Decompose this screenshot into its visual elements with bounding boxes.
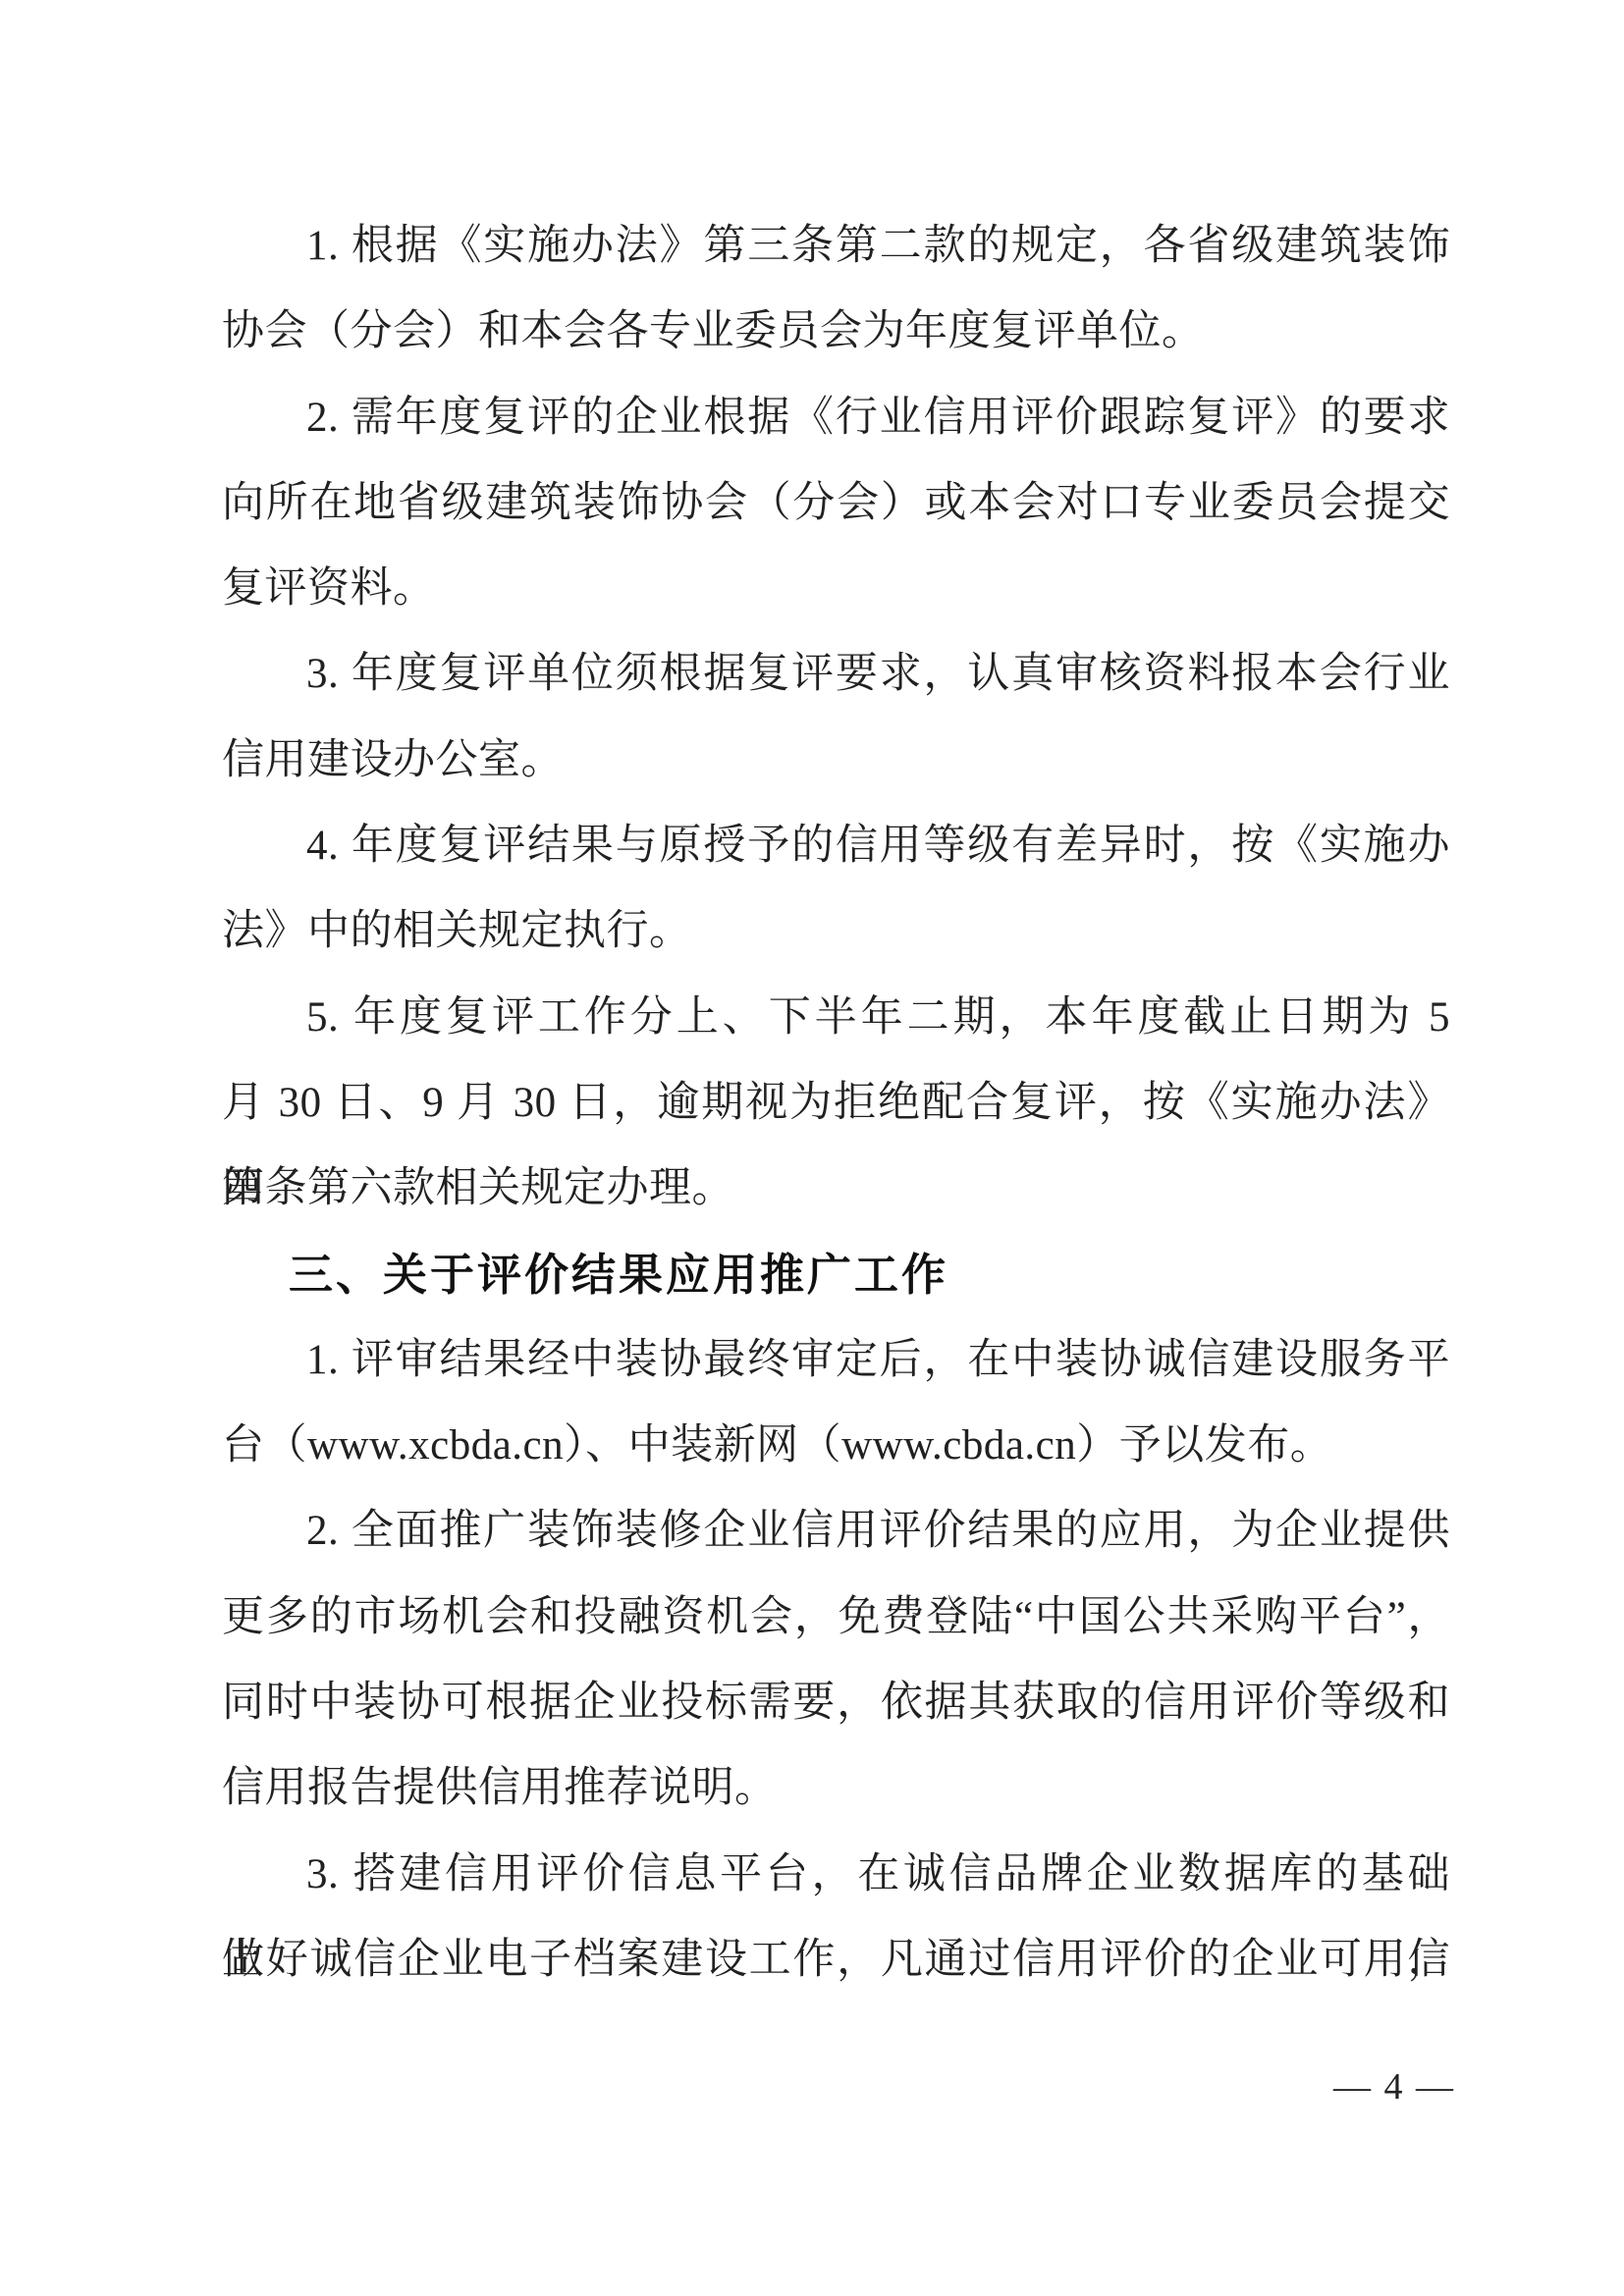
paragraph-line: 1. 根据《实施办法》第三条第二款的规定，各省级建筑装饰 bbox=[222, 203, 1450, 289]
paragraph-line: 1. 评审结果经中装协最终审定后，在中装协诚信建设服务平 bbox=[222, 1317, 1450, 1403]
paragraph-line: 信用报告提供信用推荐说明。 bbox=[222, 1745, 1450, 1831]
paragraph-line: 3. 搭建信用评价信息平台，在诚信品牌企业数据库的基础上， bbox=[222, 1832, 1450, 1917]
paragraph-line: 3. 年度复评单位须根据复评要求，认真审核资料报本会行业 bbox=[222, 631, 1450, 717]
paragraph-line: 协会（分会）和本会各专业委员会为年度复评单位。 bbox=[222, 289, 1450, 374]
page-number: — 4 — bbox=[1333, 2057, 1455, 2116]
paragraph-line: 5. 年度复评工作分上、下半年二期，本年度截止日期为 5 bbox=[222, 975, 1450, 1060]
paragraph-line: 法》中的相关规定执行。 bbox=[222, 888, 1450, 974]
paragraph-line: 同时中装协可根据企业投标需要，依据其获取的信用评价等级和 bbox=[222, 1660, 1450, 1745]
paragraph-line: 2. 需年度复评的企业根据《行业信用评价跟踪复评》的要求 bbox=[222, 375, 1450, 460]
paragraph-line: 做好诚信企业电子档案建设工作，凡通过信用评价的企业可用信 bbox=[222, 1917, 1450, 2002]
paragraph-line: 2. 全面推广装饰装修企业信用评价结果的应用，为企业提供 bbox=[222, 1488, 1450, 1574]
paragraph-line: 月 30 日、9 月 30 日，逾期视为拒绝配合复评，按《实施办法》第 bbox=[222, 1060, 1450, 1146]
paragraph-line: 向所在地省级建筑装饰协会（分会）或本会对口专业委员会提交 bbox=[222, 460, 1450, 546]
paragraph-line: 更多的市场机会和投融资机会，免费登陆“中国公共采购平台”， bbox=[222, 1575, 1450, 1660]
paragraph-line: 台（www.xcbda.cn）、中装新网（www.cbda.cn）予以发布。 bbox=[222, 1403, 1450, 1488]
paragraph-line: 4. 年度复评结果与原授予的信用等级有差异时，按《实施办 bbox=[222, 803, 1450, 888]
document-page: 1. 根据《实施办法》第三条第二款的规定，各省级建筑装饰 协会（分会）和本会各专… bbox=[0, 0, 1624, 2296]
section-heading: 三、关于评价结果应用推广工作 bbox=[222, 1232, 1450, 1317]
paragraph-line: 复评资料。 bbox=[222, 546, 1450, 631]
paragraph-line: 信用建设办公室。 bbox=[222, 718, 1450, 803]
paragraph-line: 四条第六款相关规定办理。 bbox=[222, 1146, 1450, 1231]
document-body: 1. 根据《实施办法》第三条第二款的规定，各省级建筑装饰 协会（分会）和本会各专… bbox=[222, 203, 1450, 2002]
